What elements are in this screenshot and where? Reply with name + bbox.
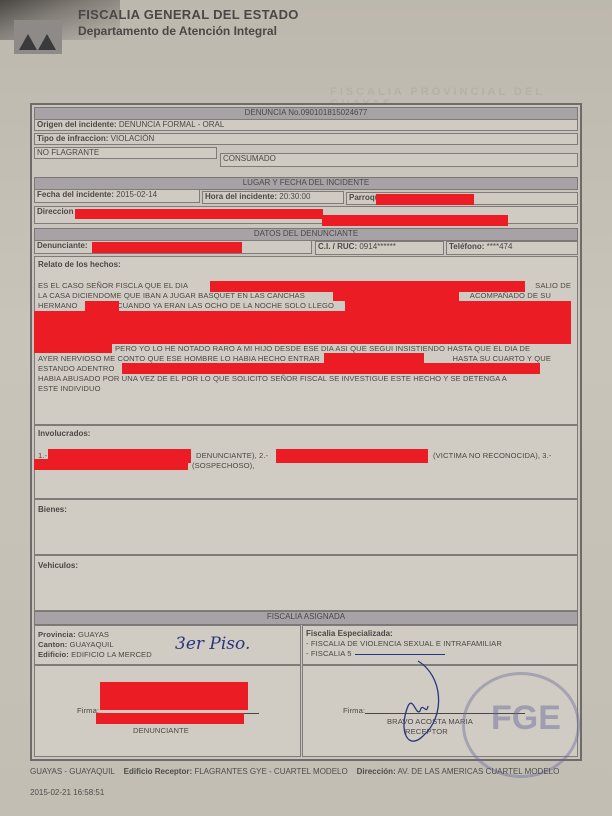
firma-denunciante-box: Firma: DENUNCIANTE [34,665,301,757]
footer-info: GUAYAS - GUAYAQUIL Edificio Receptor: FL… [30,767,570,777]
ci-label: C.I. / RUC: [318,242,357,251]
direccion-redaction-1 [75,209,323,219]
origen-value: DENUNCIA FORMAL - ORAL [119,120,225,129]
footer-direccion-value: AV. DE LAS AMERICAS CUARTEL MODELO [398,767,560,776]
edificio-value: EDIFICIO LA MERCED [71,650,152,659]
fecha-value: 2015-02-14 [116,190,157,199]
relato-redaction-9 [122,363,540,374]
relato-redaction-2 [333,291,459,301]
involucrados-label: Involucrados: [38,429,90,438]
denunciante-redaction [92,242,242,253]
tipo-value: VIOLACIÓN [111,134,155,143]
pen-stroke [355,654,445,655]
relato-redaction-8 [324,353,424,363]
footer-location: GUAYAS - GUAYAQUIL [30,767,115,776]
vehiculos-label: Vehiculos: [38,561,78,570]
tipo-row: Tipo de infraccion: VIOLACIÓN [34,133,578,145]
provincia-value: GUAYAS [78,630,109,639]
origen-label: Origen del incidente: [37,120,117,129]
firma-left-redaction-2 [96,713,244,724]
hora-cell: Hora del incidente: 20:30:00 [202,191,344,204]
handwritten-floor-note: 3er Piso. [175,634,250,654]
document-page: FISCALIA GENERAL DEL ESTADO Departamento… [0,0,612,816]
hora-value: 20:30:00 [279,192,310,201]
relato-line-2-end: ACOMPAÑADO DE SU [38,291,571,301]
stamp-text: FGE [491,699,561,738]
bienes-box: Bienes: [34,499,578,555]
footer-edificio-value: FLAGRANTES GYE - CUARTEL MODELO [194,767,347,776]
parroquia-redaction [376,194,474,205]
footer-timestamp: 2015-02-21 16:58:51 [30,788,104,797]
especializada-line-1: - FISCALIA DE VIOLENCIA SEXUAL E INTRAFA… [306,639,571,649]
direccion-label: Direccion [37,207,73,216]
telefono-cell: Teléfono: ****474 [446,241,578,255]
edificio-label: Edificio: [38,650,69,659]
org-name: FISCALIA GENERAL DEL ESTADO [78,7,299,22]
direccion-redaction-2 [322,215,508,226]
involucrado-2-redaction [276,449,428,463]
relato-label: Relato de los hechos: [38,260,121,269]
ci-cell: C.I. / RUC: 0914****** [315,241,444,255]
tipo-label: Tipo de infraccion: [37,134,108,143]
telefono-value: ****474 [487,242,513,251]
department-name: Departamento de Atención Integral [78,24,277,38]
bienes-label: Bienes: [38,505,67,514]
hora-label: Hora del incidente: [205,192,277,201]
relato-line-11: ESTE INDIVIDUO [38,384,571,394]
telefono-label: Teléfono: [449,242,484,251]
firma-left-redaction-1 [100,682,248,710]
relato-redaction-3 [85,301,119,311]
denunciante-label: Denunciante: [37,241,88,250]
official-stamp: FGE [462,672,580,778]
vehiculos-box: Vehiculos: [34,555,578,611]
denuncia-form: DENUNCIA No.090101815024677 Origen del i… [30,103,582,761]
footer-edificio-label: Edificio Receptor: [124,767,192,776]
firma-left-role: DENUNCIANTE [133,726,294,736]
signature-scribble [388,656,448,751]
ci-value: 0914****** [359,242,395,251]
fiscalia-title: FISCALIA ASIGNADA [34,611,578,625]
canton-value: GUAYAQUIL [70,640,114,649]
relato-line-10: HABIA ABUSADO POR UNA VEZ DE EL POR LO Q… [38,374,571,384]
fecha-cell: Fecha del incidente: 2015-02-14 [34,189,200,203]
flagrancia-cell: NO FLAGRANTE [34,147,217,159]
fiscalia-logo-icon [14,20,62,54]
involucrado-3-redaction [34,459,188,470]
relato-redaction-7 [34,343,112,353]
relato-redaction-6 [34,322,571,344]
estado-cell: CONSUMADO [220,153,578,167]
especializada-label: Fiscalia Especializada: [306,629,393,638]
fiscalia-ubicacion-box: Provincia: GUAYAS Canton: GUAYAQUIL Edif… [34,625,301,665]
origen-row: Origen del incidente: DENUNCIA FORMAL - … [34,119,578,131]
fecha-label: Fecha del incidente: [37,190,114,199]
provincia-label: Provincia: [38,630,76,639]
canton-label: Canton: [38,640,67,649]
involucrado-2-role: (VICTIMA NO RECONOCIDA), 3.- [433,451,571,461]
footer-direccion-label: Dirección: [357,767,396,776]
